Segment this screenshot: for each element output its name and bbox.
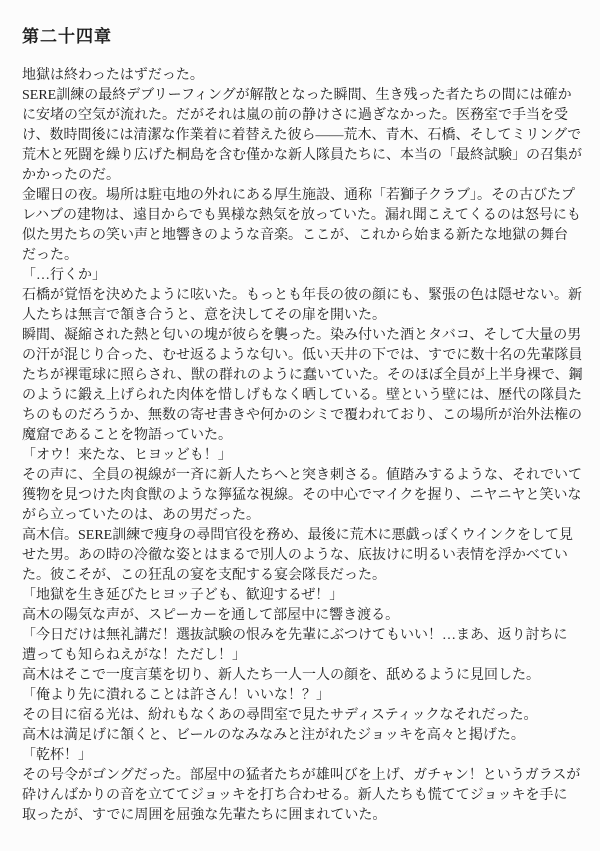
text-line: 高木信。SERE訓練で痩身の尋問官役を務め、最後に荒木に悪戯っぽくウインクをして… xyxy=(22,526,580,546)
text-line: 荒木と死闘を繰り広げた桐島を含む僅かな新人隊員たちに、本当の「最終試験」の召集が xyxy=(22,146,580,166)
text-line: 高木はそこで一度言葉を切り、新人たち一人一人の顔を、舐めるように見回した。 xyxy=(22,666,580,686)
text-line: 「オウ！来たな、ヒヨッども！」 xyxy=(22,446,580,466)
text-line: その目に宿る光は、紛れもなくあの尋問室で見たサディスティックなそれだった。 xyxy=(22,706,580,726)
text-line: せた男。あの時の冷徹な姿とはまるで別人のような、底抜けに明るい表情を浮かべてい xyxy=(22,546,580,566)
text-line: の汗が混じり合った、むせ返るような匂い。低い天井の下では、すでに数十名の先輩隊員 xyxy=(22,346,580,366)
text-line: 「地獄を生き延びたヒヨッ子ども、歓迎するぜ！」 xyxy=(22,586,580,606)
text-line: 「俺より先に潰れることは許さん！いいな！？」 xyxy=(22,686,580,706)
text-line: 高木は満足げに頷くと、ビールのなみなみと注がれたジョッキを高々と掲げた。 xyxy=(22,726,580,746)
text-line: かかったのだ。 xyxy=(22,166,580,186)
text-line: たちが裸電球に照らされ、獣の群れのように蠢いていた。そのほぼ全員が上半身裸で、鋼 xyxy=(22,366,580,386)
text-line: 獲物を見つけた肉食獣のような獰猛な視線。その中心でマイクを握り、ニヤニヤと笑いな xyxy=(22,486,580,506)
document-page: 第二十四章 地獄は終わったはずだった。SERE訓練の最終デブリーフィングが解散と… xyxy=(0,0,600,851)
chapter-title: 第二十四章 xyxy=(22,27,580,47)
text-line: 「…行くか」 xyxy=(22,266,580,286)
text-line: 魔窟であることを物語っていた。 xyxy=(22,426,580,446)
text-line: 似た男たちの笑い声と地響きのような音楽。ここが、これから始まる新たな地獄の舞台 xyxy=(22,226,580,246)
text-line: その号令がゴングだった。部屋中の猛者たちが雄叫びを上げ、ガチャン！というガラスが xyxy=(22,766,580,786)
text-line: 金曜日の夜。場所は駐屯地の外れにある厚生施設、通称「若獅子クラブ」。その古びたプ xyxy=(22,186,580,206)
text-line: 「今日だけは無礼講だ！選抜試験の恨みを先輩にぶつけてもいい！…まあ、返り討ちに xyxy=(22,626,580,646)
text-line: 砕けんばかりの音を立ててジョッキを打ち合わせる。新人たちも慌ててジョッキを手に xyxy=(22,786,580,806)
text-line: レハブの建物は、遠目からでも異様な熱気を放っていた。漏れ聞こえてくるのは怒号にも xyxy=(22,206,580,226)
text-line: け、数時間後には清潔な作業着に着替えた彼ら――荒木、青木、石橋、そしてミリングで xyxy=(22,126,580,146)
text-line: 遭っても知らねえがな！ただし！」 xyxy=(22,646,580,666)
text-line: 人たちは無言で頷き合うと、意を決してその扉を開いた。 xyxy=(22,306,580,326)
body-text: 地獄は終わったはずだった。SERE訓練の最終デブリーフィングが解散となった瞬間、… xyxy=(22,66,580,826)
text-line: その声に、全員の視線が一斉に新人たちへと突き刺さる。値踏みするような、それでいて xyxy=(22,466,580,486)
text-line: 地獄は終わったはずだった。 xyxy=(22,66,580,86)
text-line: 石橋が覚悟を決めたように呟いた。もっとも年長の彼の顔にも、緊張の色は隠せない。新 xyxy=(22,286,580,306)
text-line: 瞬間、凝縮された熱と匂いの塊が彼らを襲った。染み付いた酒とタバコ、そして大量の男 xyxy=(22,326,580,346)
text-line: に安堵の空気が流れた。だがそれは嵐の前の静けさに過ぎなかった。医務室で手当を受 xyxy=(22,106,580,126)
text-line: がら立っていたのは、あの男だった。 xyxy=(22,506,580,526)
text-line: SERE訓練の最終デブリーフィングが解散となった瞬間、生き残った者たちの間には確… xyxy=(22,86,580,106)
text-line: だった。 xyxy=(22,246,580,266)
text-line: た。彼こそが、この狂乱の宴を支配する宴会隊長だった。 xyxy=(22,566,580,586)
text-line: 高木の陽気な声が、スピーカーを通して部屋中に響き渡る。 xyxy=(22,606,580,626)
text-line: のように鍛え上げられた肉体を惜しげもなく晒している。壁という壁には、歴代の隊員た xyxy=(22,386,580,406)
text-line: 「乾杯！」 xyxy=(22,746,580,766)
text-line: 取ったが、すでに周囲を屈強な先輩たちに囲まれていた。 xyxy=(22,806,580,826)
text-line: ちのものだろうか、無数の寄せ書きや何かのシミで覆われており、この場所が治外法権の xyxy=(22,406,580,426)
